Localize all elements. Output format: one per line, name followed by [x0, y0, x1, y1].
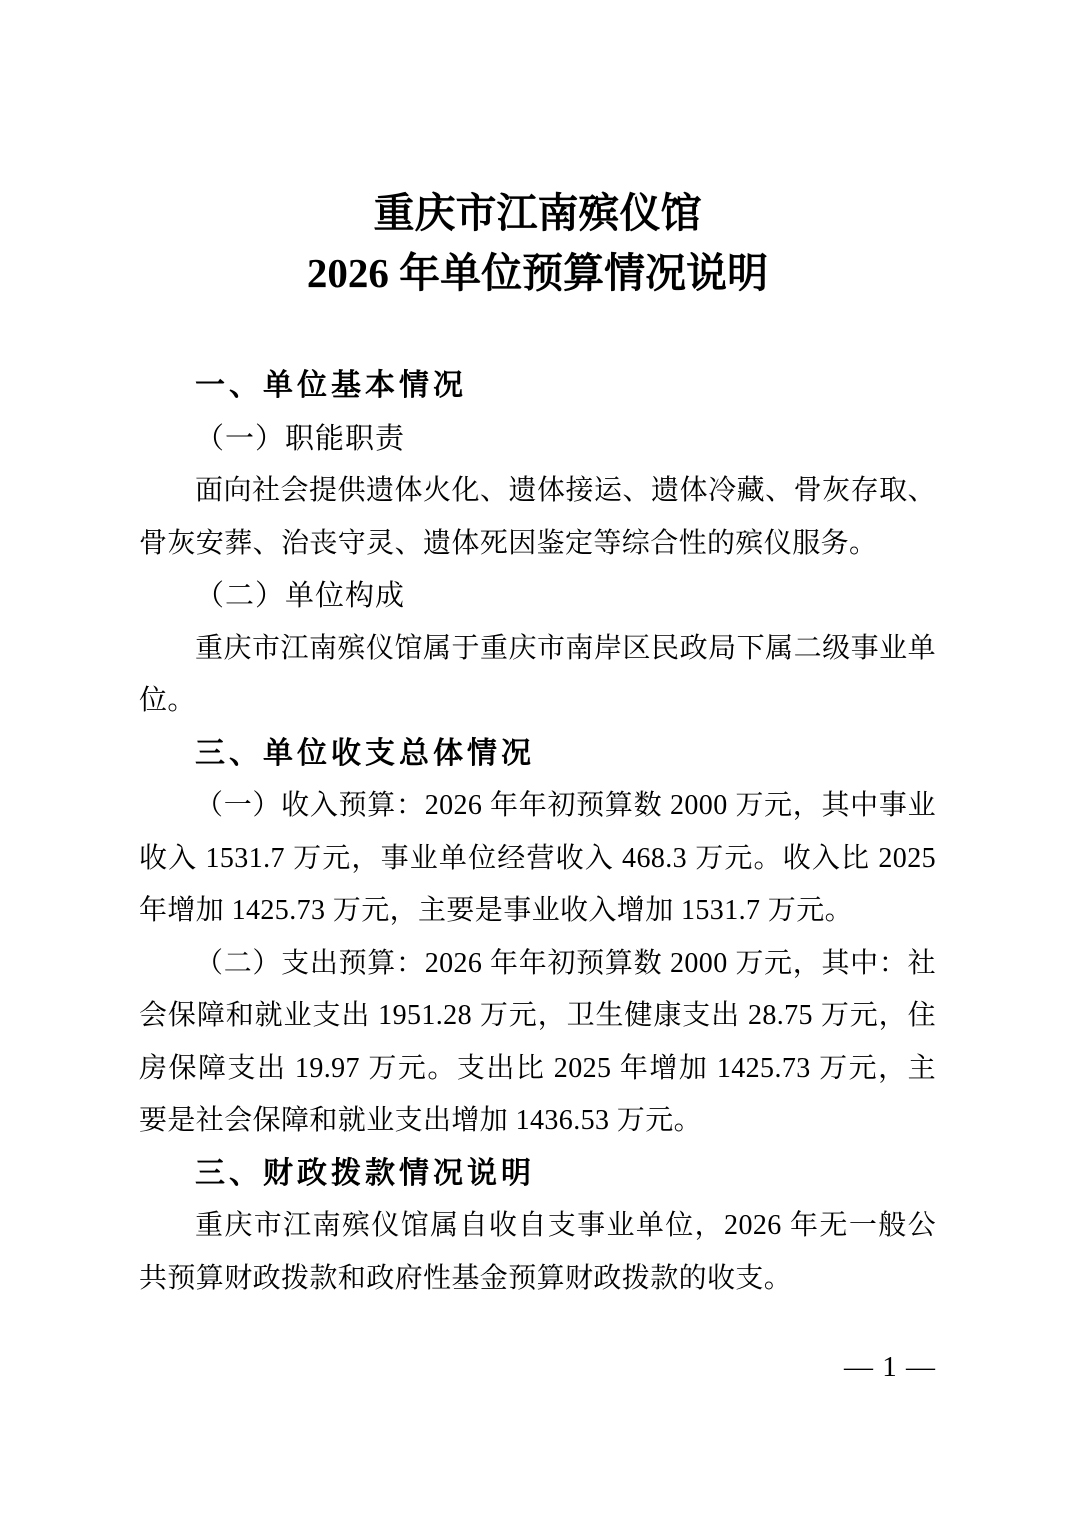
- heading-fiscal-appropriation: 三、财政拨款情况说明: [139, 1148, 936, 1201]
- document-page: 重庆市江南殡仪馆 2026 年单位预算情况说明 一、单位基本情况 （一）职能职责…: [0, 0, 1074, 1520]
- paragraph-fiscal-appropriation: 重庆市江南殡仪馆属自收自支事业单位，2026 年无一般公共预算财政拨款和政府性基…: [139, 1200, 936, 1305]
- paragraph-unit-composition: 重庆市江南殡仪馆属于重庆市南岸区民政局下属二级事业单位。: [139, 623, 936, 728]
- document-title-line1: 重庆市江南殡仪馆: [139, 183, 936, 243]
- paragraph-revenue-budget: （一）收入预算：2026 年年初预算数 2000 万元，其中事业收入 1531.…: [139, 780, 936, 938]
- paragraph-functions-duties: 面向社会提供遗体火化、遗体接运、遗体冷藏、骨灰存取、骨灰安葬、治丧守灵、遗体死因…: [139, 465, 936, 570]
- heading-revenue-expenditure: 三、单位收支总体情况: [139, 728, 936, 781]
- paragraph-expenditure-budget: （二）支出预算：2026 年年初预算数 2000 万元，其中：社会保障和就业支出…: [139, 938, 936, 1148]
- document-title: 重庆市江南殡仪馆 2026 年单位预算情况说明: [139, 183, 936, 303]
- document-content: 重庆市江南殡仪馆 2026 年单位预算情况说明 一、单位基本情况 （一）职能职责…: [139, 183, 936, 1305]
- document-title-line2: 2026 年单位预算情况说明: [139, 243, 936, 303]
- document-body: 一、单位基本情况 （一）职能职责 面向社会提供遗体火化、遗体接运、遗体冷藏、骨灰…: [139, 360, 936, 1305]
- subheading-functions-duties: （一）职能职责: [139, 413, 936, 466]
- page-number: — 1 —: [844, 1350, 936, 1384]
- subheading-unit-composition: （二）单位构成: [139, 570, 936, 623]
- heading-unit-basic-info: 一、单位基本情况: [139, 360, 936, 413]
